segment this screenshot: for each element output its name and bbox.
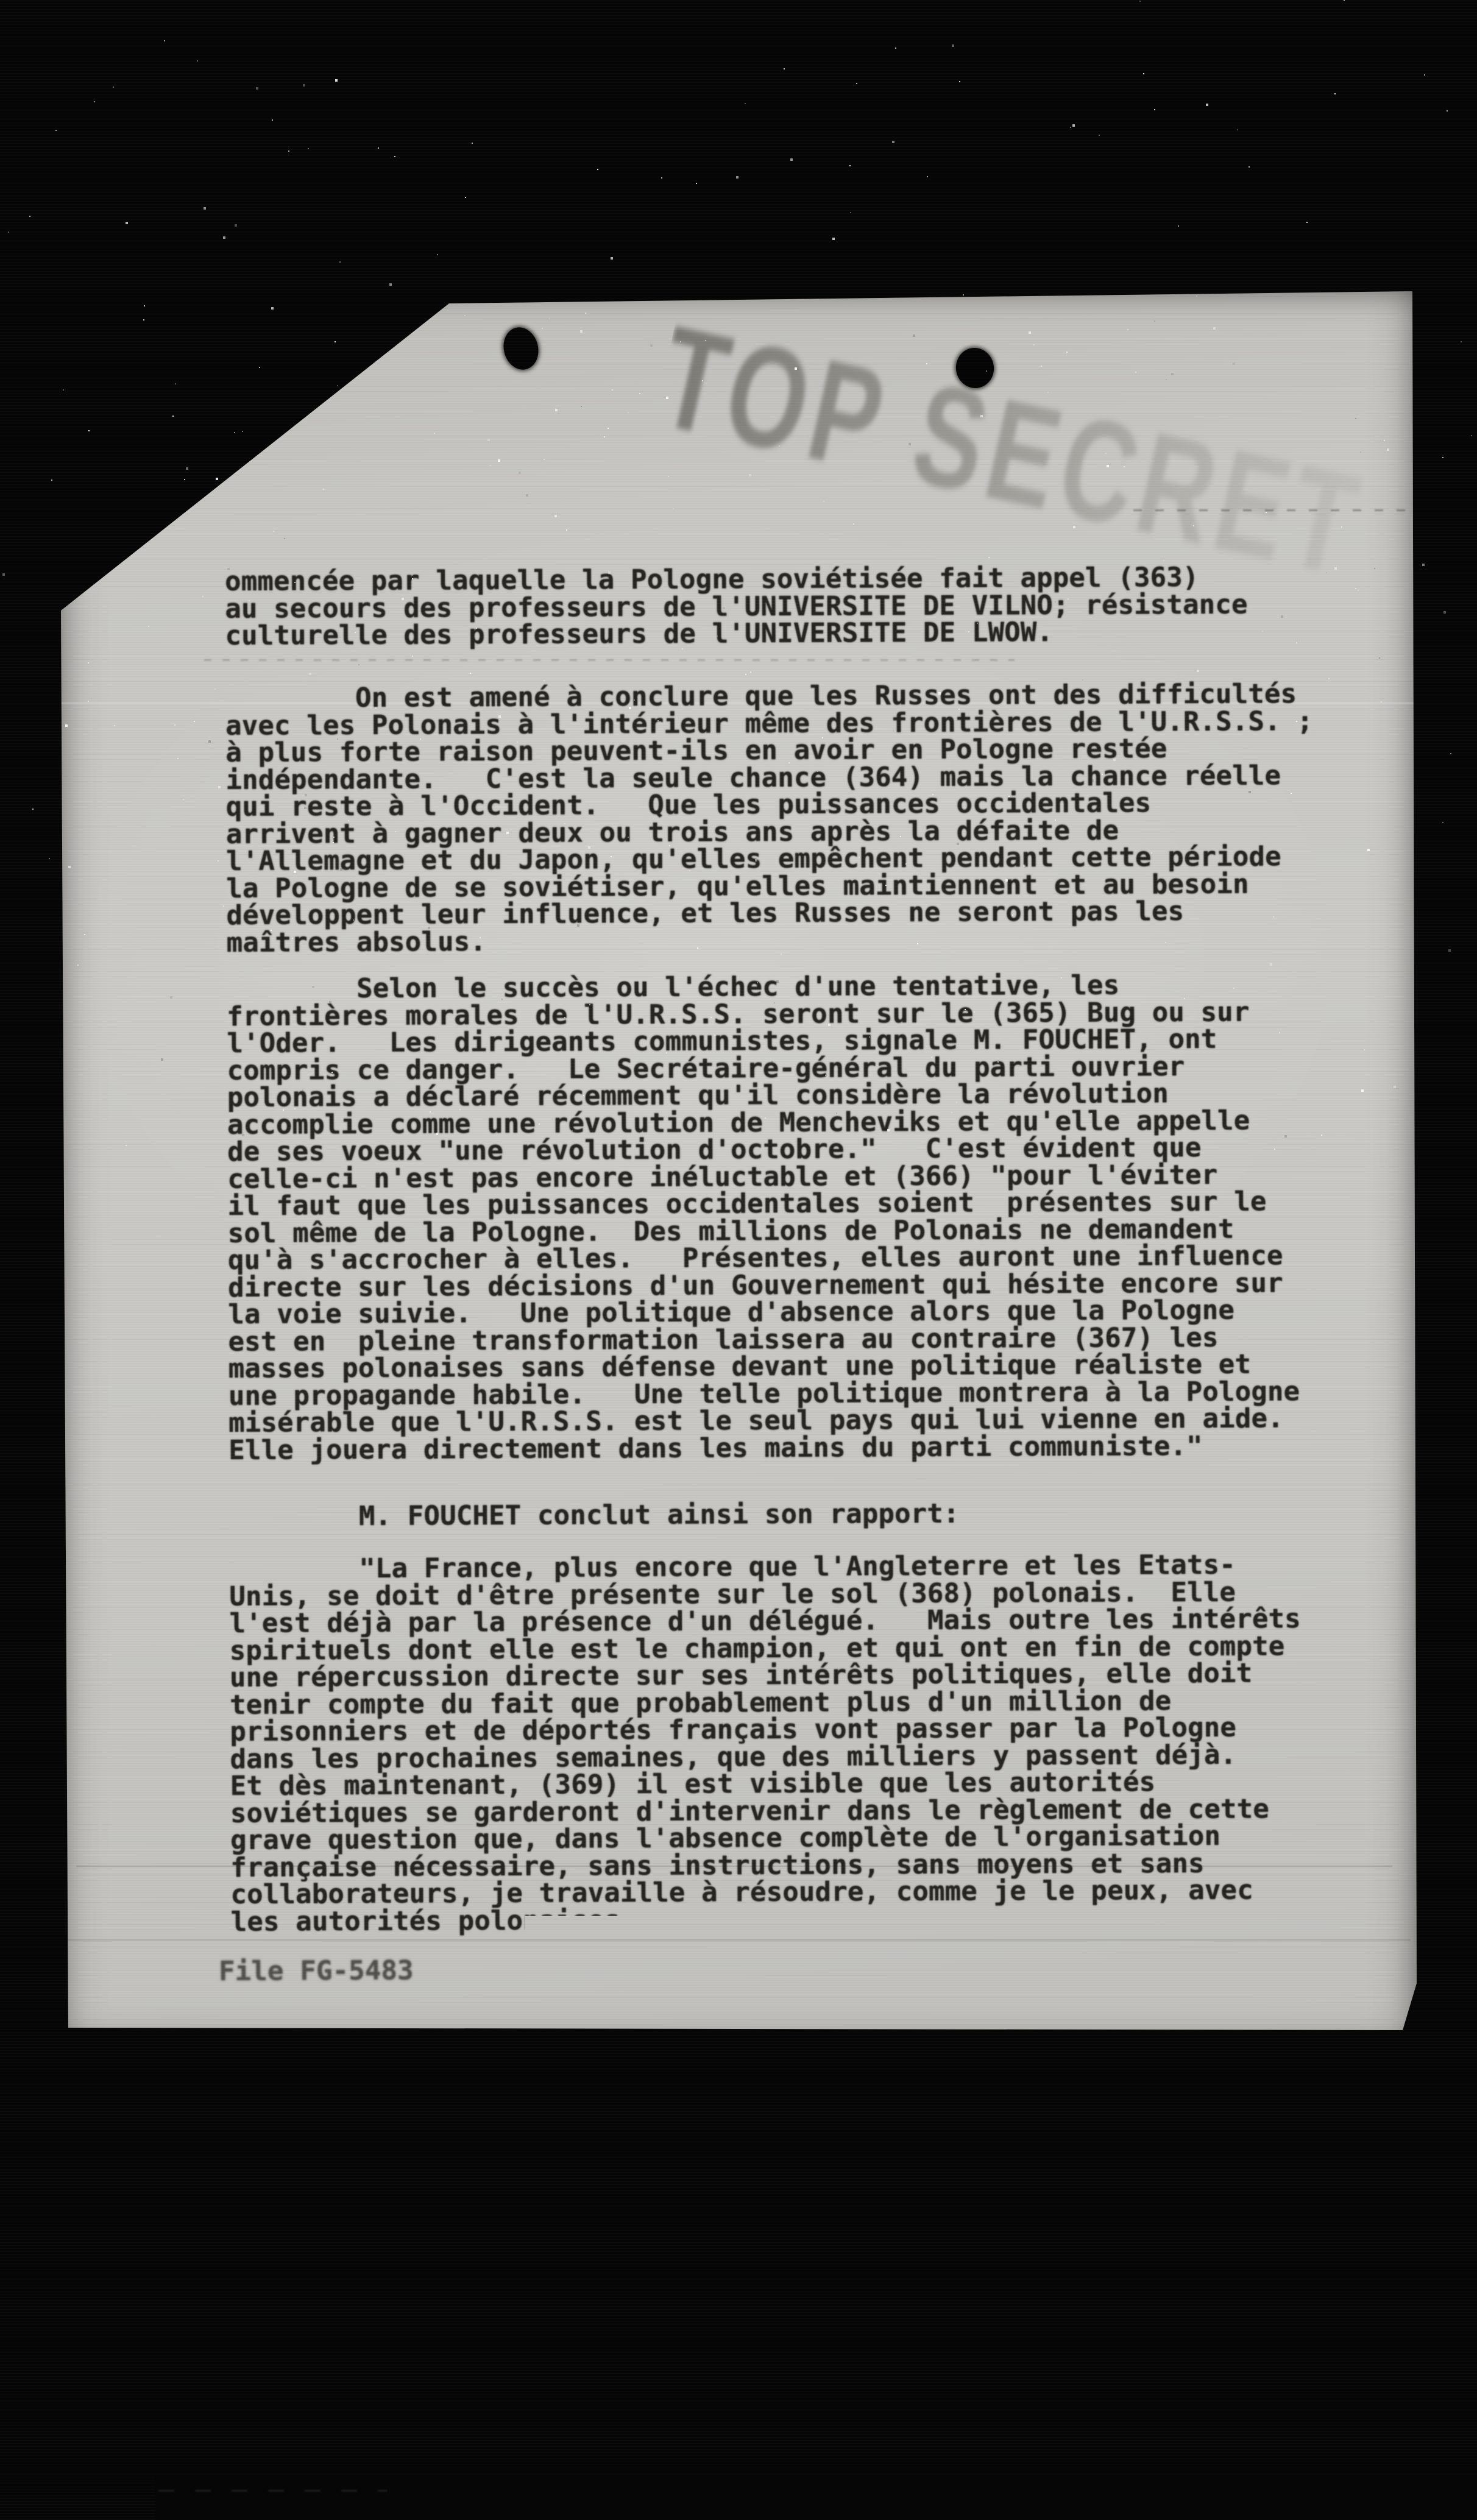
text-line: collaborateurs, je travaille à résoudre,… (230, 1877, 1302, 1908)
text-line: M. FOUCHET conclut ainsi son rapport: (229, 1501, 960, 1531)
text-line: développent leur influence, et les Russe… (226, 897, 1314, 929)
paragraph-conclusion: On est amené à conclure que les Russes o… (225, 681, 1314, 957)
paragraph-analysis: Selon le succès ou l'échec d'une tentati… (227, 971, 1300, 1464)
file-reference: File FG-5483 (219, 1958, 414, 1986)
text-line: maîtres absolus. (227, 925, 1314, 957)
text-line: Elle jouera directement dans les mains d… (228, 1432, 1300, 1464)
paragraph-report-lead: M. FOUCHET conclut ainsi son rapport: (229, 1501, 960, 1531)
text-line: culturelle des professeurs de l'UNIVERSI… (225, 618, 1248, 650)
scanner-speckle-noise (0, 0, 1, 1)
examination-unit-label: Examination Unit (928, 1961, 1188, 1989)
continued-note: (continued) (449, 1928, 1034, 1958)
document-page: TOP SECRET ommencée par laquelle la Polo… (58, 286, 1418, 2048)
paragraph-quote: "La France, plus encore que l'Angleterre… (229, 1551, 1302, 1936)
scanned-document-background: TOP SECRET ommencée par laquelle la Polo… (0, 0, 1477, 2520)
scanner-bottom-smear (158, 2490, 1316, 2492)
paper-speckle-noise (58, 286, 59, 288)
paragraph-intro: ommencée par laquelle la Pologne soviéti… (225, 564, 1248, 650)
